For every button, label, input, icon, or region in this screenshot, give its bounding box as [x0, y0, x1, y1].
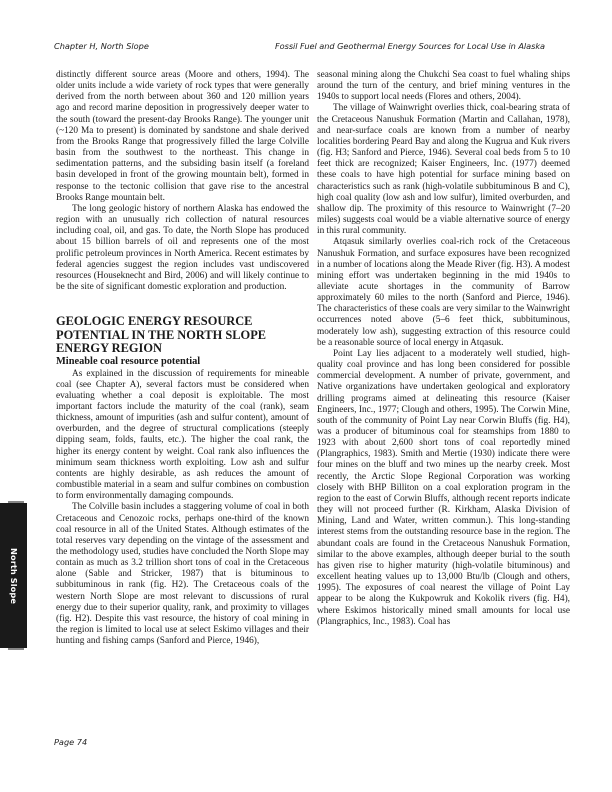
running-header: Chapter H, North Slope Fossil Fuel and G…	[54, 41, 570, 55]
tab-edge-marker	[8, 501, 24, 503]
right-column: seasonal mining along the Chukchi Sea co…	[317, 70, 570, 628]
side-tab-label: North Slope	[9, 548, 19, 604]
body-paragraph: As explained in the discussion of requir…	[56, 369, 309, 503]
body-paragraph: The village of Wainwright overlies thick…	[317, 103, 570, 237]
body-paragraph: seasonal mining along the Chukchi Sea co…	[317, 70, 570, 103]
chapter-title: Chapter H, North Slope	[54, 41, 149, 51]
body-paragraph: Atqasuk similarly overlies coal-rich roc…	[317, 237, 570, 349]
section-heading: GEOLOGIC ENERGY RESOURCE POTENTIAL IN TH…	[56, 315, 309, 356]
subsection-heading: Mineable coal resource potential	[56, 356, 309, 369]
body-paragraph: The Colville basin includes a staggering…	[56, 502, 309, 647]
body-paragraph: Point Lay lies adjacent to a moderately …	[317, 349, 570, 628]
left-column: distinctly different source areas (Moore…	[56, 70, 309, 647]
publication-title: Fossil Fuel and Geothermal Energy Source…	[275, 41, 545, 51]
body-paragraph: distinctly different source areas (Moore…	[56, 70, 309, 204]
page-number: Page 74	[54, 737, 87, 747]
tab-edge-marker	[8, 648, 24, 650]
chapter-side-tab: North Slope	[0, 503, 27, 648]
body-paragraph: The long geologic history of northern Al…	[56, 204, 309, 293]
